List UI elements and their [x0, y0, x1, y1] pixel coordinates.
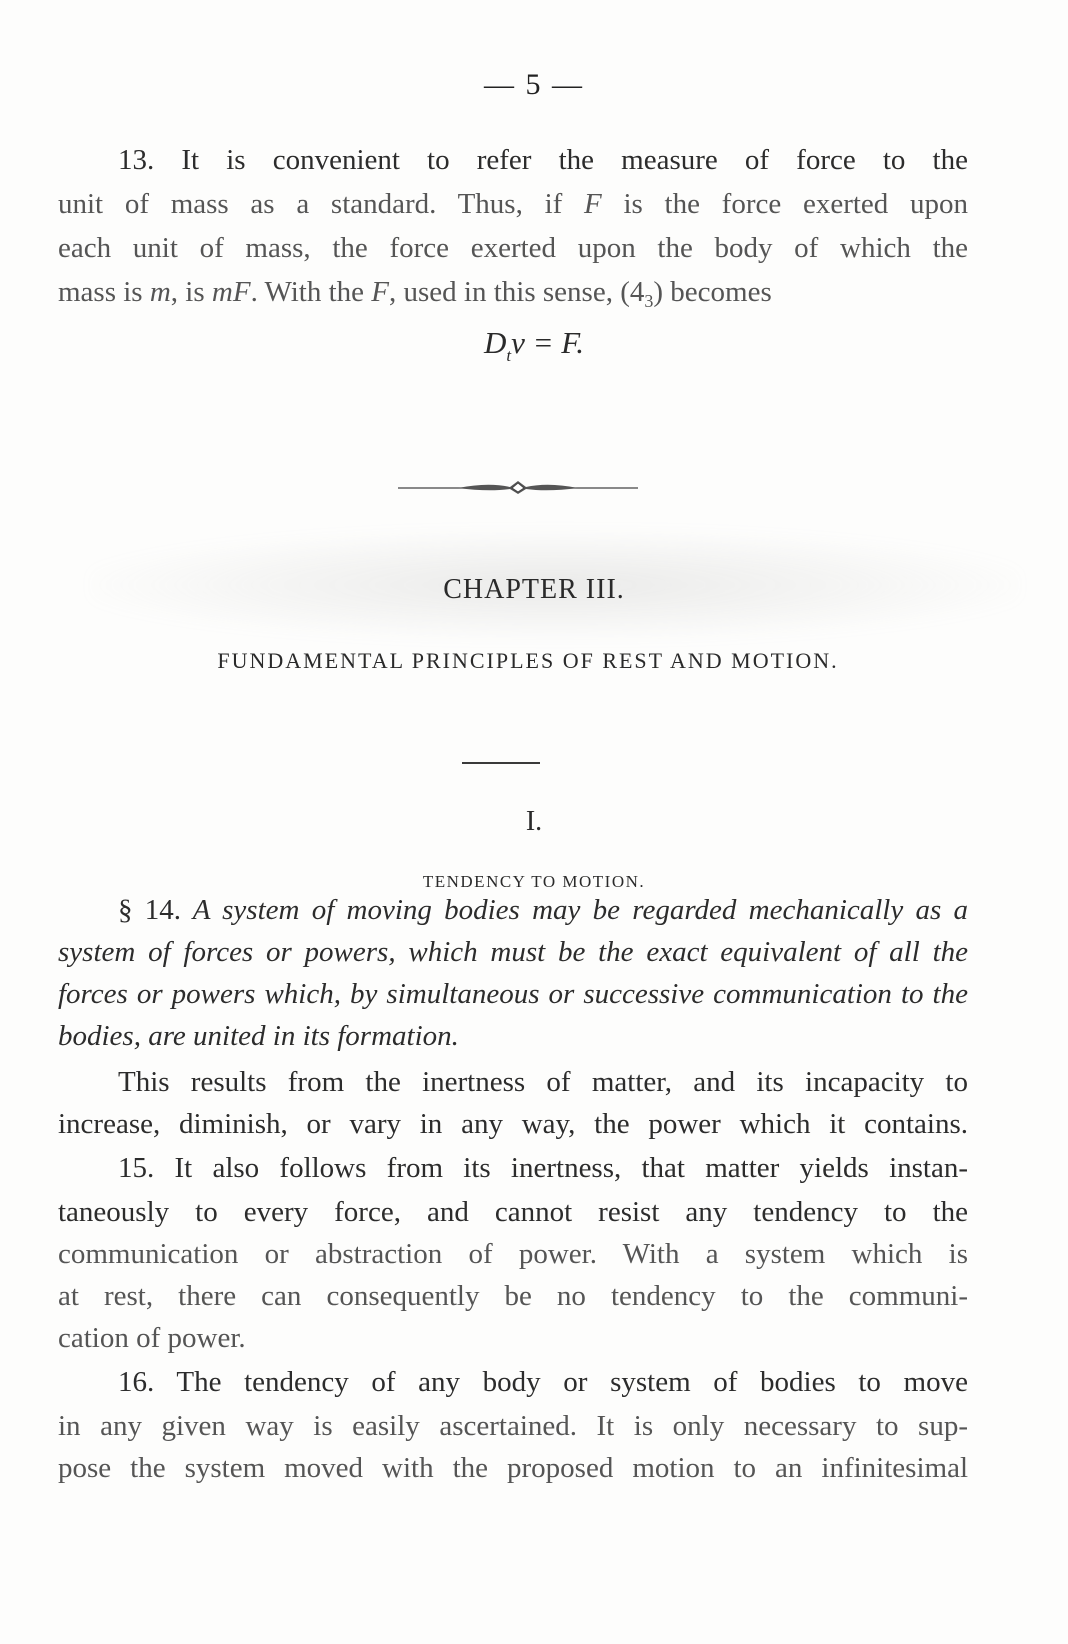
math-symbol-F: F	[371, 276, 389, 308]
ornament-divider-icon	[398, 478, 638, 494]
chapter-heading: CHAPTER III.	[0, 574, 1068, 606]
para14-line-4: bodies, are united in its formation.	[58, 1016, 968, 1056]
para15-line-4: at rest, there can consequently be no te…	[58, 1276, 968, 1316]
para15-line-5: cation of power.	[58, 1318, 968, 1358]
text-span: A system of moving bodies may be regarde…	[181, 894, 968, 926]
horizontal-rule	[462, 762, 540, 764]
para15-line-1: 15. It also follows from its inertness, …	[118, 1148, 968, 1188]
para13-line-2: unit of mass as a standard. Thus, if F i…	[58, 184, 968, 224]
text-span: mass is	[58, 276, 150, 308]
section-number: I.	[0, 806, 1068, 838]
section-mark-label: § 14.	[118, 894, 181, 926]
para14b-line-1: This results from the inertness of matte…	[118, 1062, 968, 1102]
para16-line-2: in any given way is easily ascertained. …	[58, 1406, 968, 1446]
text-span: , used in this sense, (4	[389, 276, 644, 308]
text-span: is the force exerted upon	[602, 188, 968, 220]
math-symbol-F: F	[584, 188, 602, 220]
math-symbol-m: m	[150, 276, 171, 308]
subscript: 3	[644, 291, 653, 311]
para13-line-1: 13. It is convenient to refer the measur…	[118, 140, 968, 180]
equation: Dtv = F.	[0, 325, 1068, 366]
text-span: ) becomes	[653, 276, 771, 308]
para16-line-1: 16. The tendency of any body or system o…	[118, 1362, 968, 1402]
page-number: — 5 —	[0, 68, 1068, 102]
text-span: unit of mass as a standard. Thus, if	[58, 188, 584, 220]
book-page: — 5 — 13. It is convenient to refer the …	[0, 0, 1068, 1644]
chapter-title: FUNDAMENTAL PRINCIPLES OF REST AND MOTIO…	[128, 648, 928, 674]
section-title: TENDENCY TO MOTION.	[0, 872, 1068, 892]
para14-line-1: § 14. A system of moving bodies may be r…	[118, 890, 968, 930]
para13-line-3: each unit of mass, the force exerted upo…	[58, 228, 968, 268]
eq-rest: v = F.	[511, 325, 584, 360]
para14b-line-2: increase, diminish, or vary in any way, …	[58, 1104, 968, 1144]
text-span: , is	[171, 276, 212, 308]
eq-D: D	[484, 325, 506, 360]
para14-line-3: forces or powers which, by simultaneous …	[58, 974, 968, 1014]
text-span: . With the	[251, 276, 372, 308]
para15-line-2: taneously to every force, and cannot res…	[58, 1192, 968, 1232]
para14-line-2: system of forces or powers, which must b…	[58, 932, 968, 972]
para15-line-3: communication or abstraction of power. W…	[58, 1234, 968, 1274]
math-symbol-mF: mF	[212, 276, 251, 308]
para16-line-3: pose the system moved with the proposed …	[58, 1448, 968, 1488]
para13-line-4: mass is m, is mF. With the F, used in th…	[58, 272, 938, 321]
